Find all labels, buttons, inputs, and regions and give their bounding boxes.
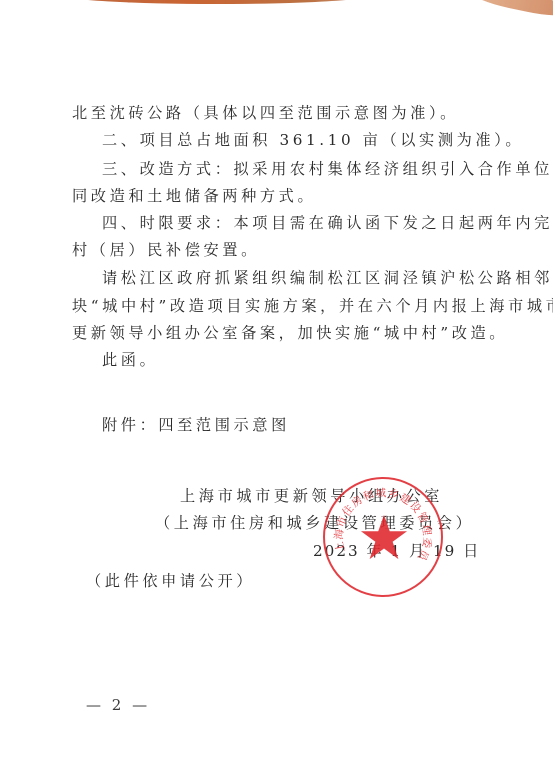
body-line-8: 块“城中村”改造项目实施方案，并在六个月内报上海市城市 — [72, 297, 480, 315]
body-line-7: 请松江区政府抓紧组织编制松江区洞泾镇沪松公路相邻地 — [102, 269, 480, 287]
top-right-edge-band — [471, 0, 553, 20]
top-edge-band — [62, 0, 372, 4]
body-line-9: 更新领导小组办公室备案，加快实施“城中村”改造。 — [72, 324, 480, 342]
official-seal: 上海市住房和城乡建设管理委员会 — [323, 477, 443, 597]
page-number: — 2 — — [86, 696, 150, 714]
body-line-3: 三、改造方式：拟采用农村集体经济组织引入合作单位共 — [102, 160, 480, 178]
body-line-1: 北至沈砖公路（具体以四至范围示意图为准）。 — [72, 104, 480, 122]
body-line-2: 二、项目总占地面积 361.10 亩（以实测为准）。 — [102, 131, 480, 149]
body-line-5: 四、时限要求：本项目需在确认函下发之日起两年内完成 — [102, 214, 480, 232]
body-line-10: 此函。 — [102, 351, 480, 369]
attachment-note: 附件：四至范围示意图 — [102, 416, 480, 434]
seal-star-icon — [360, 513, 408, 561]
body-line-6: 村（居）民补偿安置。 — [72, 241, 480, 259]
disclosure-note: （此件依申请公开） — [86, 572, 255, 590]
body-line-4: 同改造和土地储备两种方式。 — [72, 187, 480, 205]
